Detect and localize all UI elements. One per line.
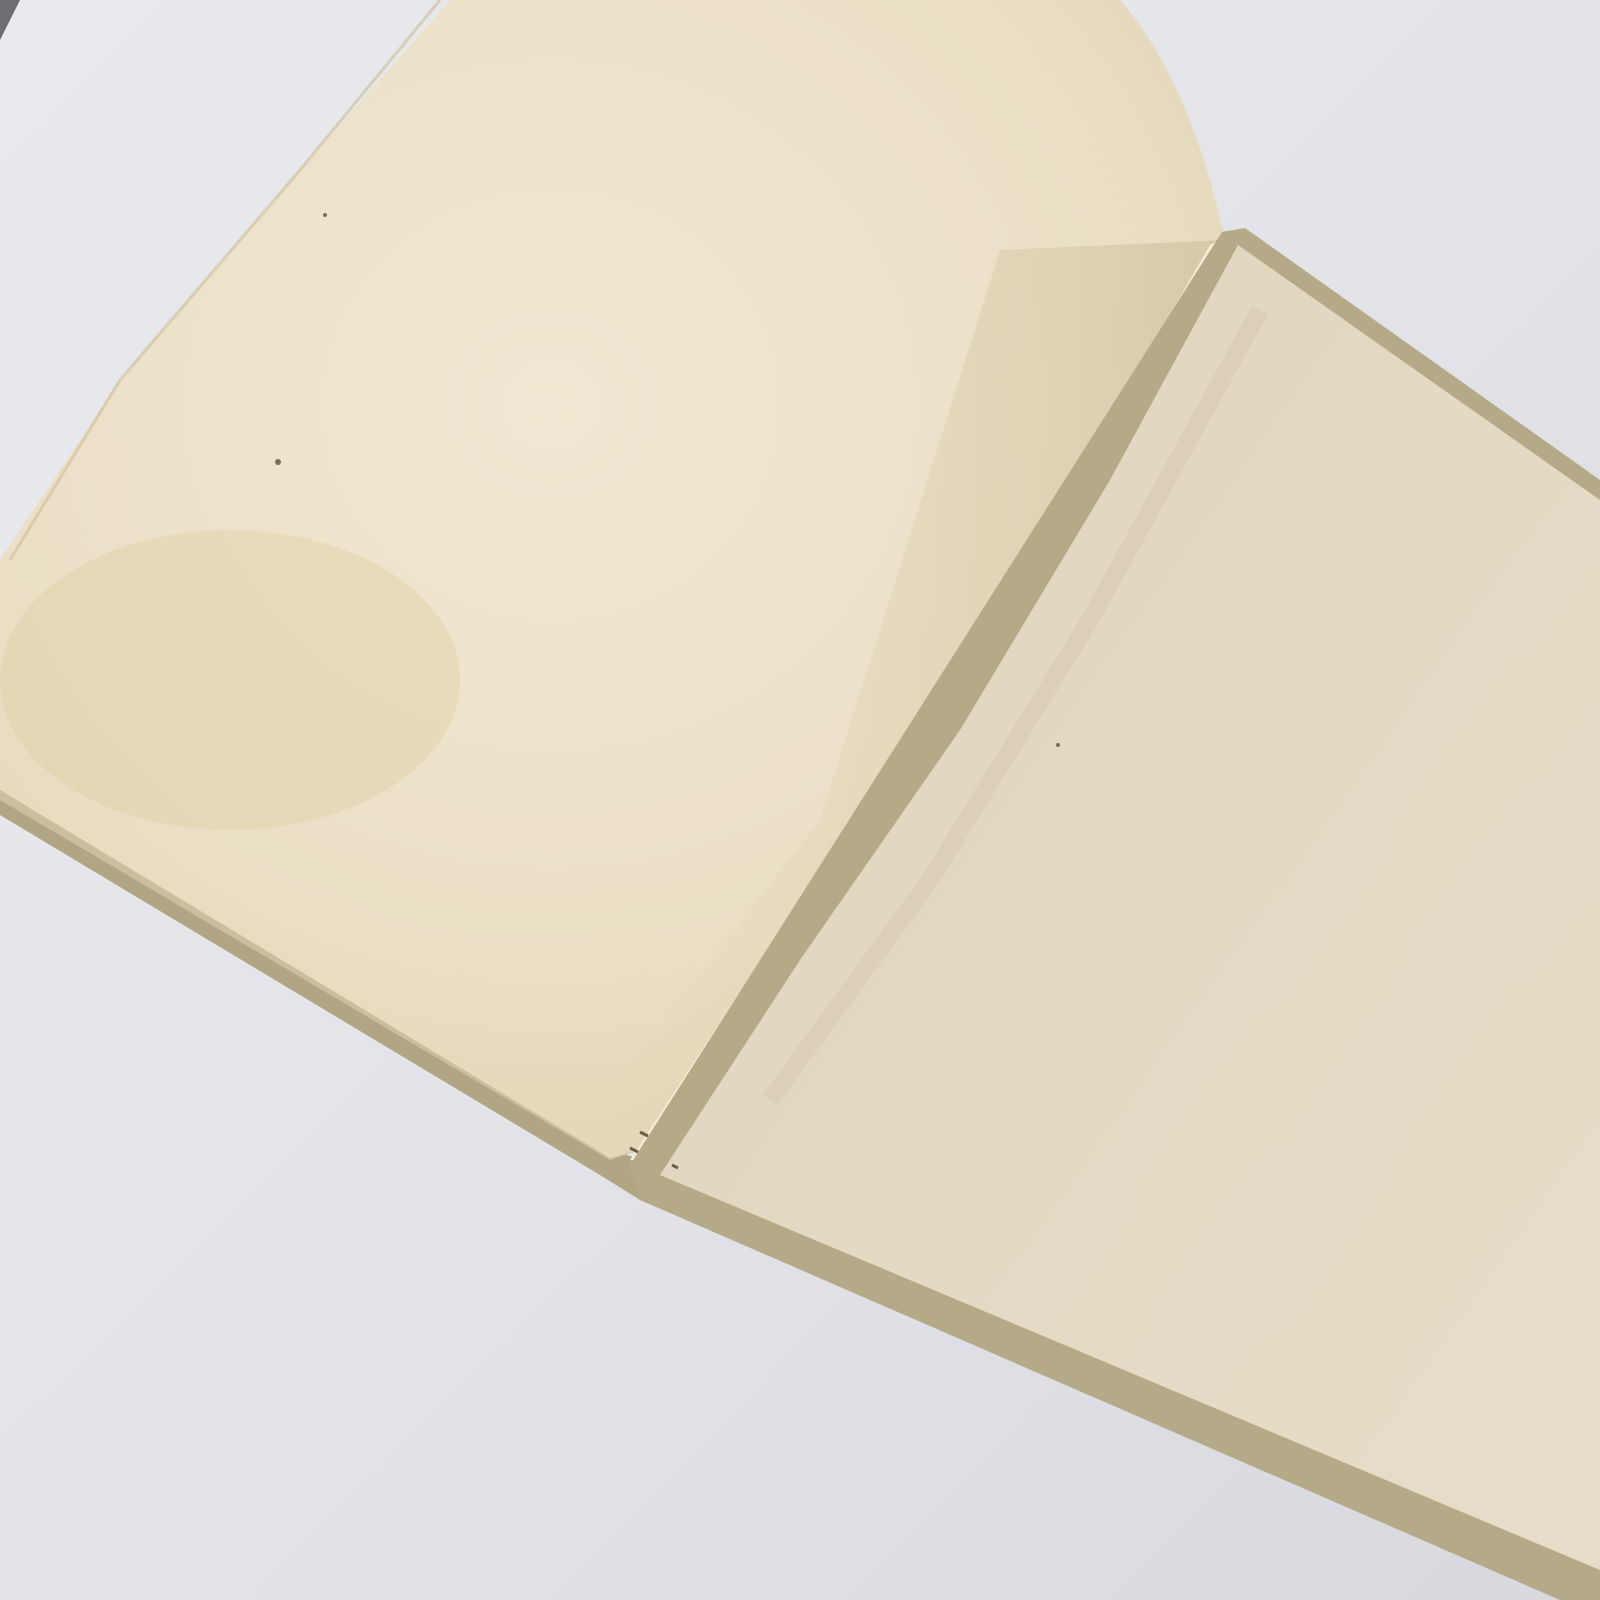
photo-scene (0, 0, 1600, 1600)
open-book-photo (0, 0, 1600, 1600)
page-stain (0, 530, 460, 830)
